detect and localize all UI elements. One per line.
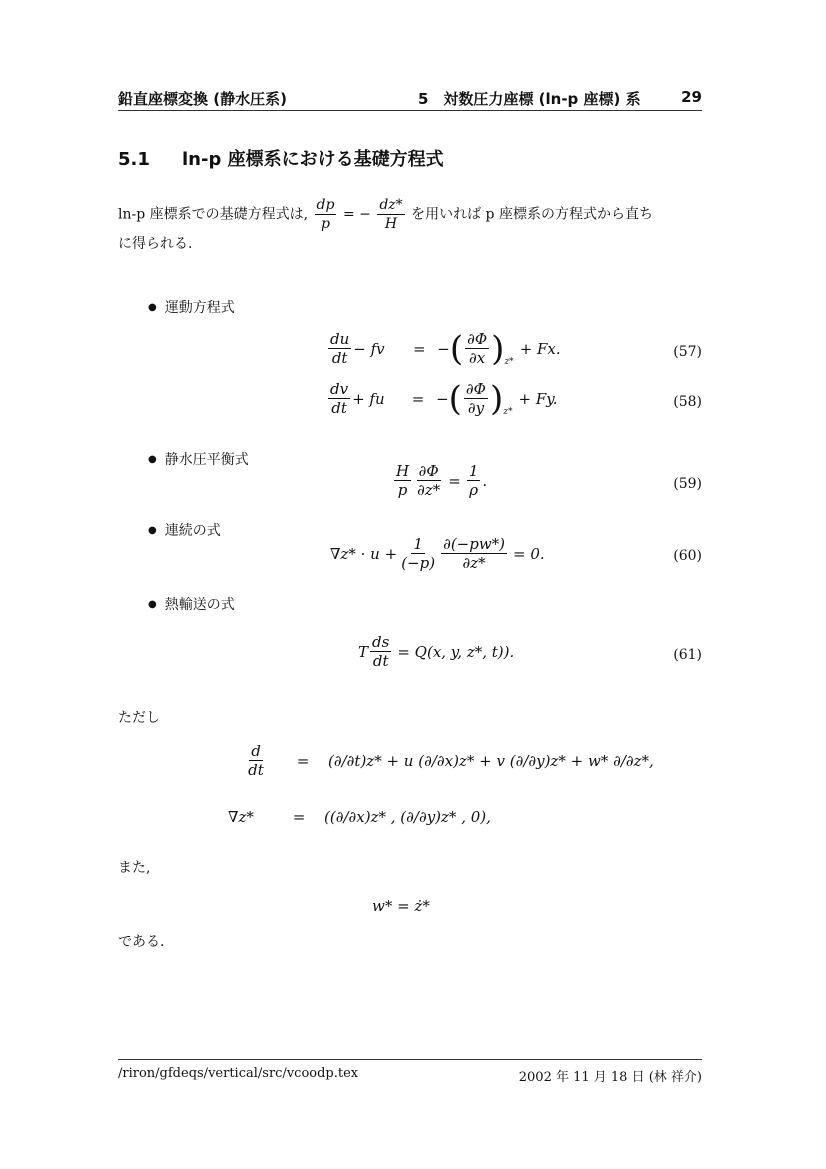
list-item: 静水圧平衡式	[148, 449, 249, 469]
w-equation: w* = ż*	[372, 897, 430, 915]
footer-rule	[118, 1059, 702, 1060]
footer-date: 2002 年 11 月 18 日 (林 祥介)	[519, 1066, 702, 1085]
fraction-dp-p: dpp	[315, 196, 337, 233]
header-title: 鉛直座標変換 (静水圧系)	[118, 88, 287, 109]
header-rule	[118, 110, 702, 111]
equation-59: Hp ∂Φ∂z* = 1ρ.	[392, 462, 487, 499]
equation-number: (58)	[673, 394, 702, 410]
equation-58: dvdt + fu = − (∂Φ∂y)z* + Fy.	[326, 380, 558, 417]
equation-number: (59)	[673, 476, 702, 492]
equation-number: (60)	[673, 548, 702, 564]
definition-nabla: ∇z* = ((∂/∂x)z* , (∂/∂y)z* , 0),	[228, 808, 491, 826]
equation-number: (57)	[673, 344, 702, 360]
section-heading: 5.1ln-p 座標系における基礎方程式	[118, 145, 444, 171]
intro-text: ln-p 座標系での基礎方程式は,	[118, 207, 308, 223]
footer: /riron/gfdeqs/vertical/src/vcoodp.tex 20…	[118, 1066, 702, 1081]
intro-paragraph: ln-p 座標系での基礎方程式は, dpp = − dz*H を用いれば p 座…	[118, 196, 708, 233]
definition-ddt: ddt = (∂/∂t)z* + u (∂/∂x)z* + v (∂/∂y)z*…	[234, 742, 654, 779]
list-item: 熱輸送の式	[148, 594, 235, 614]
fraction-dz-H: dz*H	[377, 196, 404, 233]
equation-60: ∇z* · u + 1(−p) ∂(−pw*)∂z* = 0.	[330, 535, 545, 572]
list-item: 連続の式	[148, 520, 221, 540]
page-number: 29	[681, 88, 702, 106]
equation-61: T dsdt = Q(x, y, z*, t)).	[358, 633, 514, 670]
equals-minus: = −	[343, 207, 371, 223]
running-header: 鉛直座標変換 (静水圧系) 5 対数圧力座標 (ln-p 座標) 系 29	[118, 88, 702, 110]
section-number: 5.1	[118, 149, 182, 170]
equation-57: dudt − fv = − (∂Φ∂x)z* + Fx.	[326, 330, 561, 367]
tadashi-text: ただし	[118, 708, 708, 728]
list-item: 運動方程式	[148, 297, 235, 317]
intro-line2: に得られる.	[118, 234, 708, 254]
header-chapter: 5 対数圧力座標 (ln-p 座標) 系	[418, 88, 641, 109]
intro-text-after: を用いれば p 座標系の方程式から直ち	[411, 207, 653, 223]
mata-text: また,	[118, 858, 708, 878]
dearu-text: である.	[118, 932, 708, 952]
section-title: ln-p 座標系における基礎方程式	[182, 149, 444, 170]
equation-number: (61)	[673, 647, 702, 663]
footer-path: /riron/gfdeqs/vertical/src/vcoodp.tex	[118, 1066, 358, 1081]
